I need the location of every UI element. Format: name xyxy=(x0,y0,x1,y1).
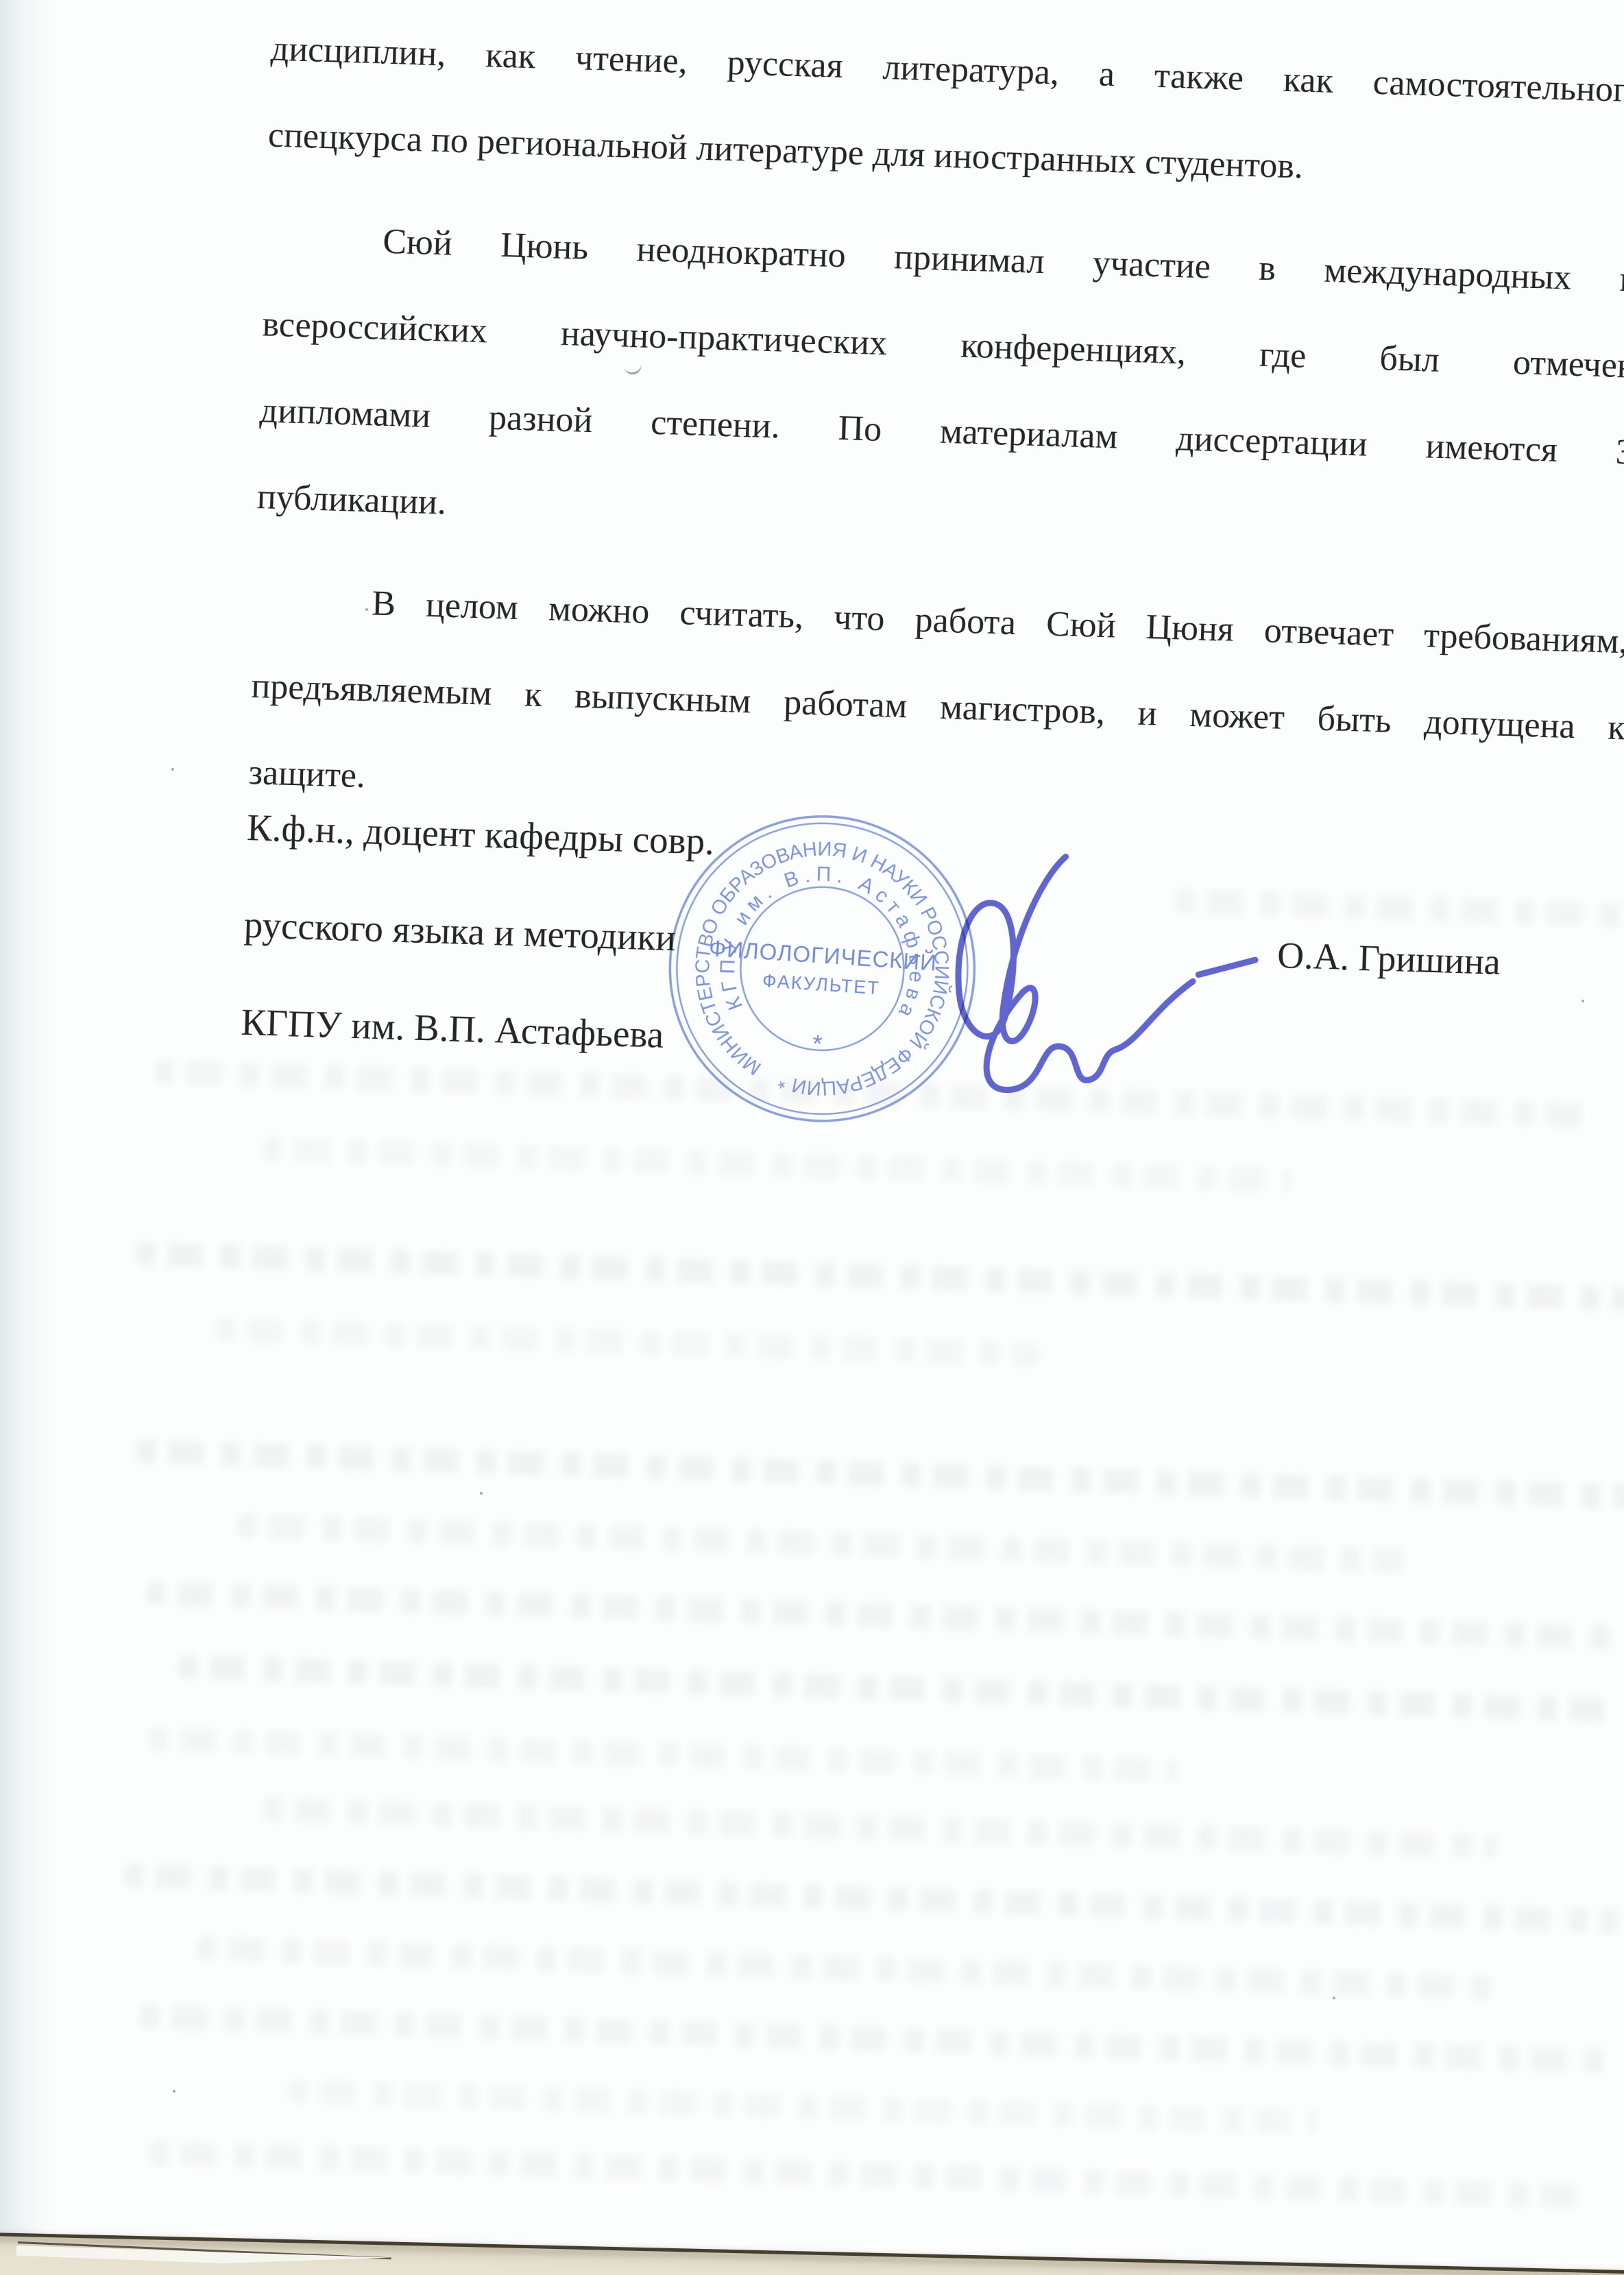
signature-title-line: К.ф.н., доцент кафедры совр. xyxy=(245,779,716,891)
paper-sheet: дисциплин, как чтение, русская литератур… xyxy=(0,0,1624,2275)
dust-speck xyxy=(171,768,174,771)
signature-dash xyxy=(1198,959,1255,976)
svg-text:ФАКУЛЬТЕТ: ФАКУЛЬТЕТ xyxy=(762,970,881,998)
scan-left-shadow xyxy=(0,0,53,2234)
page-content: дисциплин, как чтение, русская литератур… xyxy=(79,0,1624,51)
bleedthrough-line xyxy=(150,2141,1590,2208)
dust-speck xyxy=(365,608,368,611)
signature-title-line: русского языка и методики xyxy=(243,876,713,988)
bleedthrough-line xyxy=(137,1440,1624,1509)
bleedthrough-line xyxy=(147,1581,1621,1650)
under-page-corner xyxy=(16,2243,392,2263)
dust-speck xyxy=(173,2090,175,2093)
bleedthrough-line xyxy=(136,1242,1624,1311)
bleedthrough-line xyxy=(216,1318,1039,1367)
svg-text:*: * xyxy=(812,1029,823,1058)
signature-stroke xyxy=(986,854,1196,1095)
bleedthrough-line xyxy=(141,2005,1614,2073)
dust-speck xyxy=(1581,1000,1584,1002)
bleedthrough-line xyxy=(289,2080,1317,2134)
signature-autograph xyxy=(928,839,1322,1173)
bleedthrough-line xyxy=(238,1514,1403,1573)
signature-title-block: К.ф.н., доцент кафедры совр.русского язы… xyxy=(239,779,716,1085)
dust-speck xyxy=(480,1492,483,1495)
bleedthrough-line xyxy=(263,1797,1497,1858)
bleedthrough-line xyxy=(178,1655,1618,1722)
scanned-document: дисциплин, как чтение, русская литератур… xyxy=(0,0,1624,2275)
dust-speck xyxy=(1333,1997,1335,1999)
bleedthrough-line xyxy=(149,1727,1177,1782)
bleedthrough-line xyxy=(124,1864,1619,1933)
bleedthrough-line xyxy=(197,1937,1500,2000)
body-text: дисциплин, как чтение, русская литератур… xyxy=(247,6,1624,858)
